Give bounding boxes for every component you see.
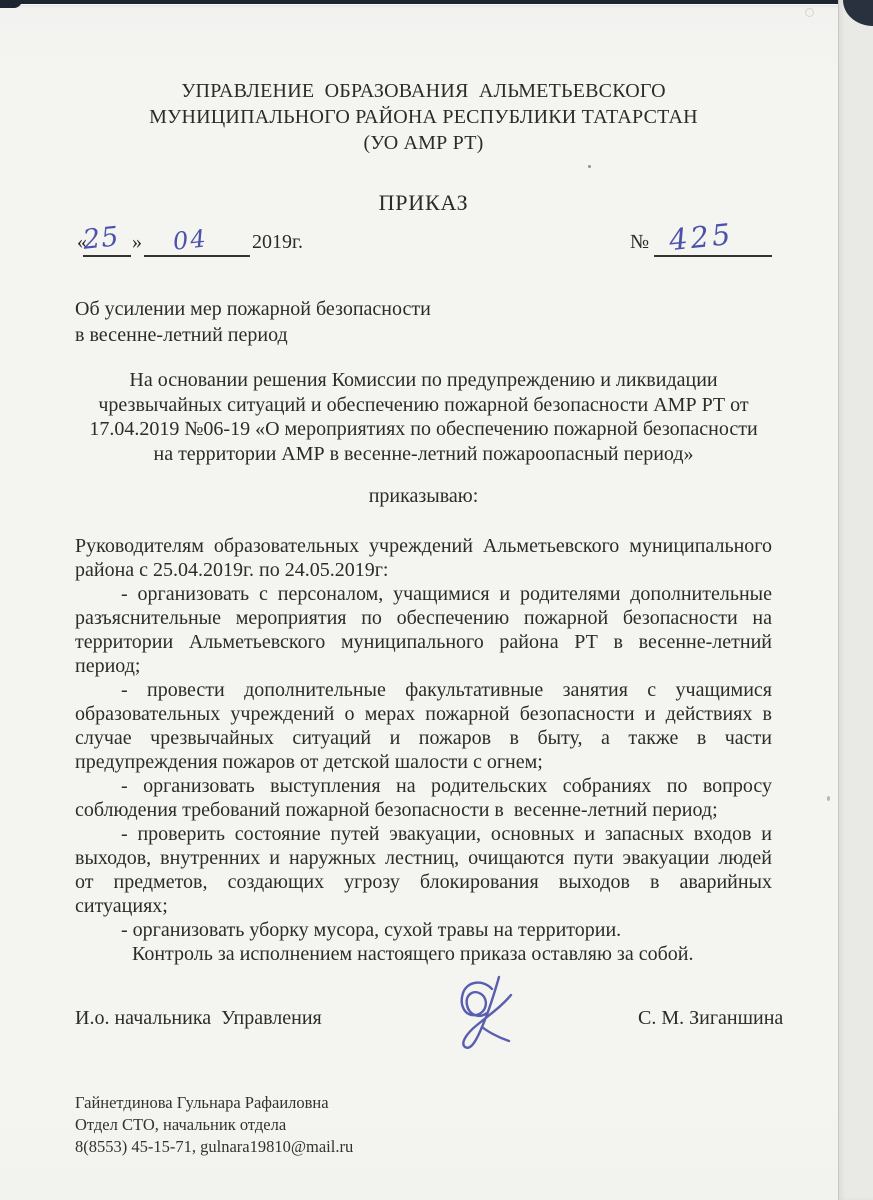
date-and-number-row: « 25 » 04 2019г. № 425 (75, 229, 772, 269)
scan-speck (805, 8, 814, 17)
body-line: разъяснительные мероприятия по обеспечен… (75, 606, 772, 630)
body-line: период; (75, 654, 772, 678)
scan-speck (588, 165, 591, 168)
handwritten-signature (435, 967, 527, 1067)
preamble-line1: На основании решения Комиссии по предупр… (60, 368, 787, 393)
signatory-position: И.о. начальника Управления (75, 1007, 322, 1030)
body-line: - организовать с персоналом, учащимися и… (75, 582, 772, 606)
subject-line1: Об усилении мер пожарной безопасности (75, 296, 772, 322)
quote-close: » (132, 229, 142, 256)
document-type-title: ПРИКАЗ (75, 190, 772, 216)
org-abbreviation: (УО АМР РТ) (75, 130, 772, 156)
executor-department: Отдел СТО, начальник отдела (75, 1114, 675, 1136)
signature-row: И.о. начальника Управления С. М. Зиганши… (75, 1003, 795, 1043)
preamble-line2: чрезвычайных ситуаций и обеспечению пожа… (60, 393, 787, 418)
preamble-line4: на территории АМР в весенне-летний пожар… (60, 442, 787, 467)
body-line: соблюдения требований пожарной безопасно… (75, 798, 772, 822)
body-line: ситуациях; (75, 894, 772, 918)
number-sign: № (630, 229, 649, 256)
body-line: района с 25.04.2019г. по 24.05.2019г: (75, 558, 772, 582)
scan-corner-top-left (0, 0, 22, 8)
body-line: выходов, внутренних и наружных лестниц, … (75, 846, 772, 870)
body-line: - организовать выступления на родительск… (75, 774, 772, 798)
body-line: Контроль за исполнением настоящего прика… (75, 942, 772, 966)
handwritten-month: 04 (172, 224, 209, 255)
year-label: 2019г. (252, 229, 303, 256)
order-verb: приказываю: (75, 485, 772, 508)
letterhead: УПРАВЛЕНИЕ ОБРАЗОВАНИЯ АЛЬМЕТЬЕВСКОГО МУ… (75, 78, 772, 156)
order-subject: Об усилении мер пожарной безопасности в … (75, 296, 772, 348)
body-line: - организовать уборку мусора, сухой трав… (75, 918, 772, 942)
executor-phone-email: 8(8553) 45-15-71, gulnara19810@mail.ru (75, 1136, 675, 1158)
scanned-order-document: УПРАВЛЕНИЕ ОБРАЗОВАНИЯ АЛЬМЕТЬЕВСКОГО МУ… (0, 0, 873, 1200)
scan-top-edge (0, 0, 873, 4)
signatory-name: С. М. Зиганшина (638, 1007, 783, 1030)
preamble-line3: 17.04.2019 №06-19 «О мероприятиях по обе… (60, 417, 787, 442)
body-line: - проверить состояние путей эвакуации, о… (75, 822, 772, 846)
body-line: образовательных учреждений о мерах пожар… (75, 702, 772, 726)
order-body: Руководителям образовательных учреждений… (75, 534, 772, 966)
body-line: предупреждения пожаров от детской шалост… (75, 750, 772, 774)
subject-line2: в весенне-летний период (75, 322, 772, 348)
body-line: случае чрезвычайных ситуаций и пожаров в… (75, 726, 772, 750)
scanner-margin-strip (838, 0, 873, 1200)
handwritten-day: 25 (81, 221, 120, 256)
org-name-line2: МУНИЦИПАЛЬНОГО РАЙОНА РЕСПУБЛИКИ ТАТАРСТ… (75, 104, 772, 130)
body-line: территории Альметьевского муниципального… (75, 630, 772, 654)
executor-contact-block: Гайнетдинова Гульнара Рафаиловна Отдел С… (75, 1092, 675, 1158)
order-preamble: На основании решения Комиссии по предупр… (60, 368, 787, 466)
org-name-line1: УПРАВЛЕНИЕ ОБРАЗОВАНИЯ АЛЬМЕТЬЕВСКОГО (75, 78, 772, 104)
scan-speck (827, 796, 830, 801)
executor-name: Гайнетдинова Гульнара Рафаиловна (75, 1092, 675, 1114)
body-line: Руководителям образовательных учреждений… (75, 534, 772, 558)
body-line: - провести дополнительные факультативные… (75, 678, 772, 702)
handwritten-order-number: 425 (667, 217, 735, 258)
body-line: от предметов, создающих угрозу блокирова… (75, 870, 772, 894)
